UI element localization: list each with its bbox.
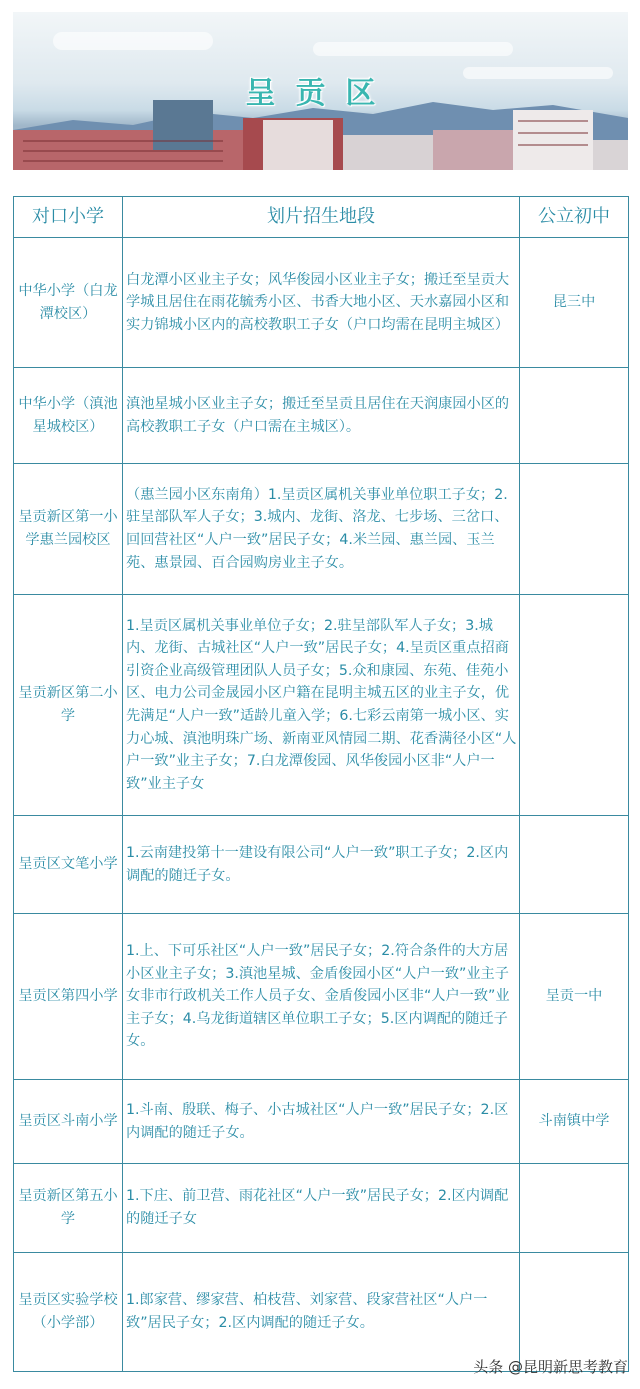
table-row: 中华小学（白龙潭校区） 白龙潭小区业主子女；风华俊园小区业主子女；搬迁至呈贡大学…: [14, 238, 629, 368]
middle-school-cell: [520, 816, 629, 914]
table-row: 中华小学（滇池星城校区） 滇池星城小区业主子女；搬迁至呈贡且居住在天润康园小区的…: [14, 368, 629, 464]
table-row: 呈贡新区第一小学惠兰园校区 （惠兰园小区东南角）1.呈贡区属机关事业单位职工子女…: [14, 464, 629, 595]
middle-school-cell: [520, 1253, 629, 1372]
enrollment-area-cell: 滇池星城小区业主子女；搬迁至呈贡且居住在天润康园小区的高校教职工子女（户口需在主…: [123, 368, 520, 464]
middle-school-cell: 斗南镇中学: [520, 1080, 629, 1164]
enrollment-area-cell: （惠兰园小区东南角）1.呈贡区属机关事业单位职工子女；2.驻呈部队军人子女；3.…: [123, 464, 520, 595]
header-enrollment-area: 划片招生地段: [123, 197, 520, 238]
header-primary-school: 对口小学: [14, 197, 123, 238]
table-row: 呈贡区文笔小学 1.云南建投第十一建设有限公司“人户一致”职工子女；2.区内调配…: [14, 816, 629, 914]
middle-school-cell: 昆三中: [520, 238, 629, 368]
table-header-row: 对口小学 划片招生地段 公立初中: [14, 197, 629, 238]
banner-title: 呈贡区: [13, 68, 628, 112]
primary-school-cell: 呈贡区第四小学: [14, 914, 123, 1080]
enrollment-table: 对口小学 划片招生地段 公立初中 中华小学（白龙潭校区） 白龙潭小区业主子女；风…: [13, 196, 629, 1372]
primary-school-cell: 呈贡新区第一小学惠兰园校区: [14, 464, 123, 595]
enrollment-area-cell: 1.呈贡区属机关事业单位子女；2.驻呈部队军人子女；3.城内、龙街、古城社区“人…: [123, 595, 520, 816]
enrollment-area-cell: 1.斗南、殷联、梅子、小古城社区“人户一致”居民子女；2.区内调配的随迁子女。: [123, 1080, 520, 1164]
middle-school-cell: [520, 464, 629, 595]
primary-school-cell: 呈贡区斗南小学: [14, 1080, 123, 1164]
table-row: 呈贡新区第二小学 1.呈贡区属机关事业单位子女；2.驻呈部队军人子女；3.城内、…: [14, 595, 629, 816]
middle-school-cell: [520, 1164, 629, 1253]
primary-school-cell: 中华小学（白龙潭校区）: [14, 238, 123, 368]
enrollment-area-cell: 1.上、下可乐社区“人户一致”居民子女；2.符合条件的大方居小区业主子女；3.滇…: [123, 914, 520, 1080]
primary-school-cell: 中华小学（滇池星城校区）: [14, 368, 123, 464]
table-row: 呈贡区斗南小学 1.斗南、殷联、梅子、小古城社区“人户一致”居民子女；2.区内调…: [14, 1080, 629, 1164]
header-middle-school: 公立初中: [520, 197, 629, 238]
enrollment-area-cell: 1.下庄、前卫营、雨花社区“人户一致”居民子女；2.区内调配的随迁子女: [123, 1164, 520, 1253]
enrollment-area-cell: 白龙潭小区业主子女；风华俊园小区业主子女；搬迁至呈贡大学城且居住在雨花毓秀小区、…: [123, 238, 520, 368]
table-row: 呈贡区第四小学 1.上、下可乐社区“人户一致”居民子女；2.符合条件的大方居小区…: [14, 914, 629, 1080]
primary-school-cell: 呈贡区文笔小学: [14, 816, 123, 914]
source-watermark: 头条 @昆明新思考教育: [473, 1356, 628, 1377]
primary-school-cell: 呈贡新区第五小学: [14, 1164, 123, 1253]
enrollment-area-cell: 1.郎家营、缪家营、柏枝营、刘家营、段家营社区“人户一致”居民子女；2.区内调配…: [123, 1253, 520, 1372]
middle-school-cell: [520, 595, 629, 816]
table-row: 呈贡区实验学校（小学部） 1.郎家营、缪家营、柏枝营、刘家营、段家营社区“人户一…: [14, 1253, 629, 1372]
primary-school-cell: 呈贡新区第二小学: [14, 595, 123, 816]
primary-school-cell: 呈贡区实验学校（小学部）: [14, 1253, 123, 1372]
enrollment-area-cell: 1.云南建投第十一建设有限公司“人户一致”职工子女；2.区内调配的随迁子女。: [123, 816, 520, 914]
table-row: 呈贡新区第五小学 1.下庄、前卫营、雨花社区“人户一致”居民子女；2.区内调配的…: [14, 1164, 629, 1253]
middle-school-cell: 呈贡一中: [520, 914, 629, 1080]
middle-school-cell: [520, 368, 629, 464]
district-banner: 呈贡区: [13, 12, 628, 170]
